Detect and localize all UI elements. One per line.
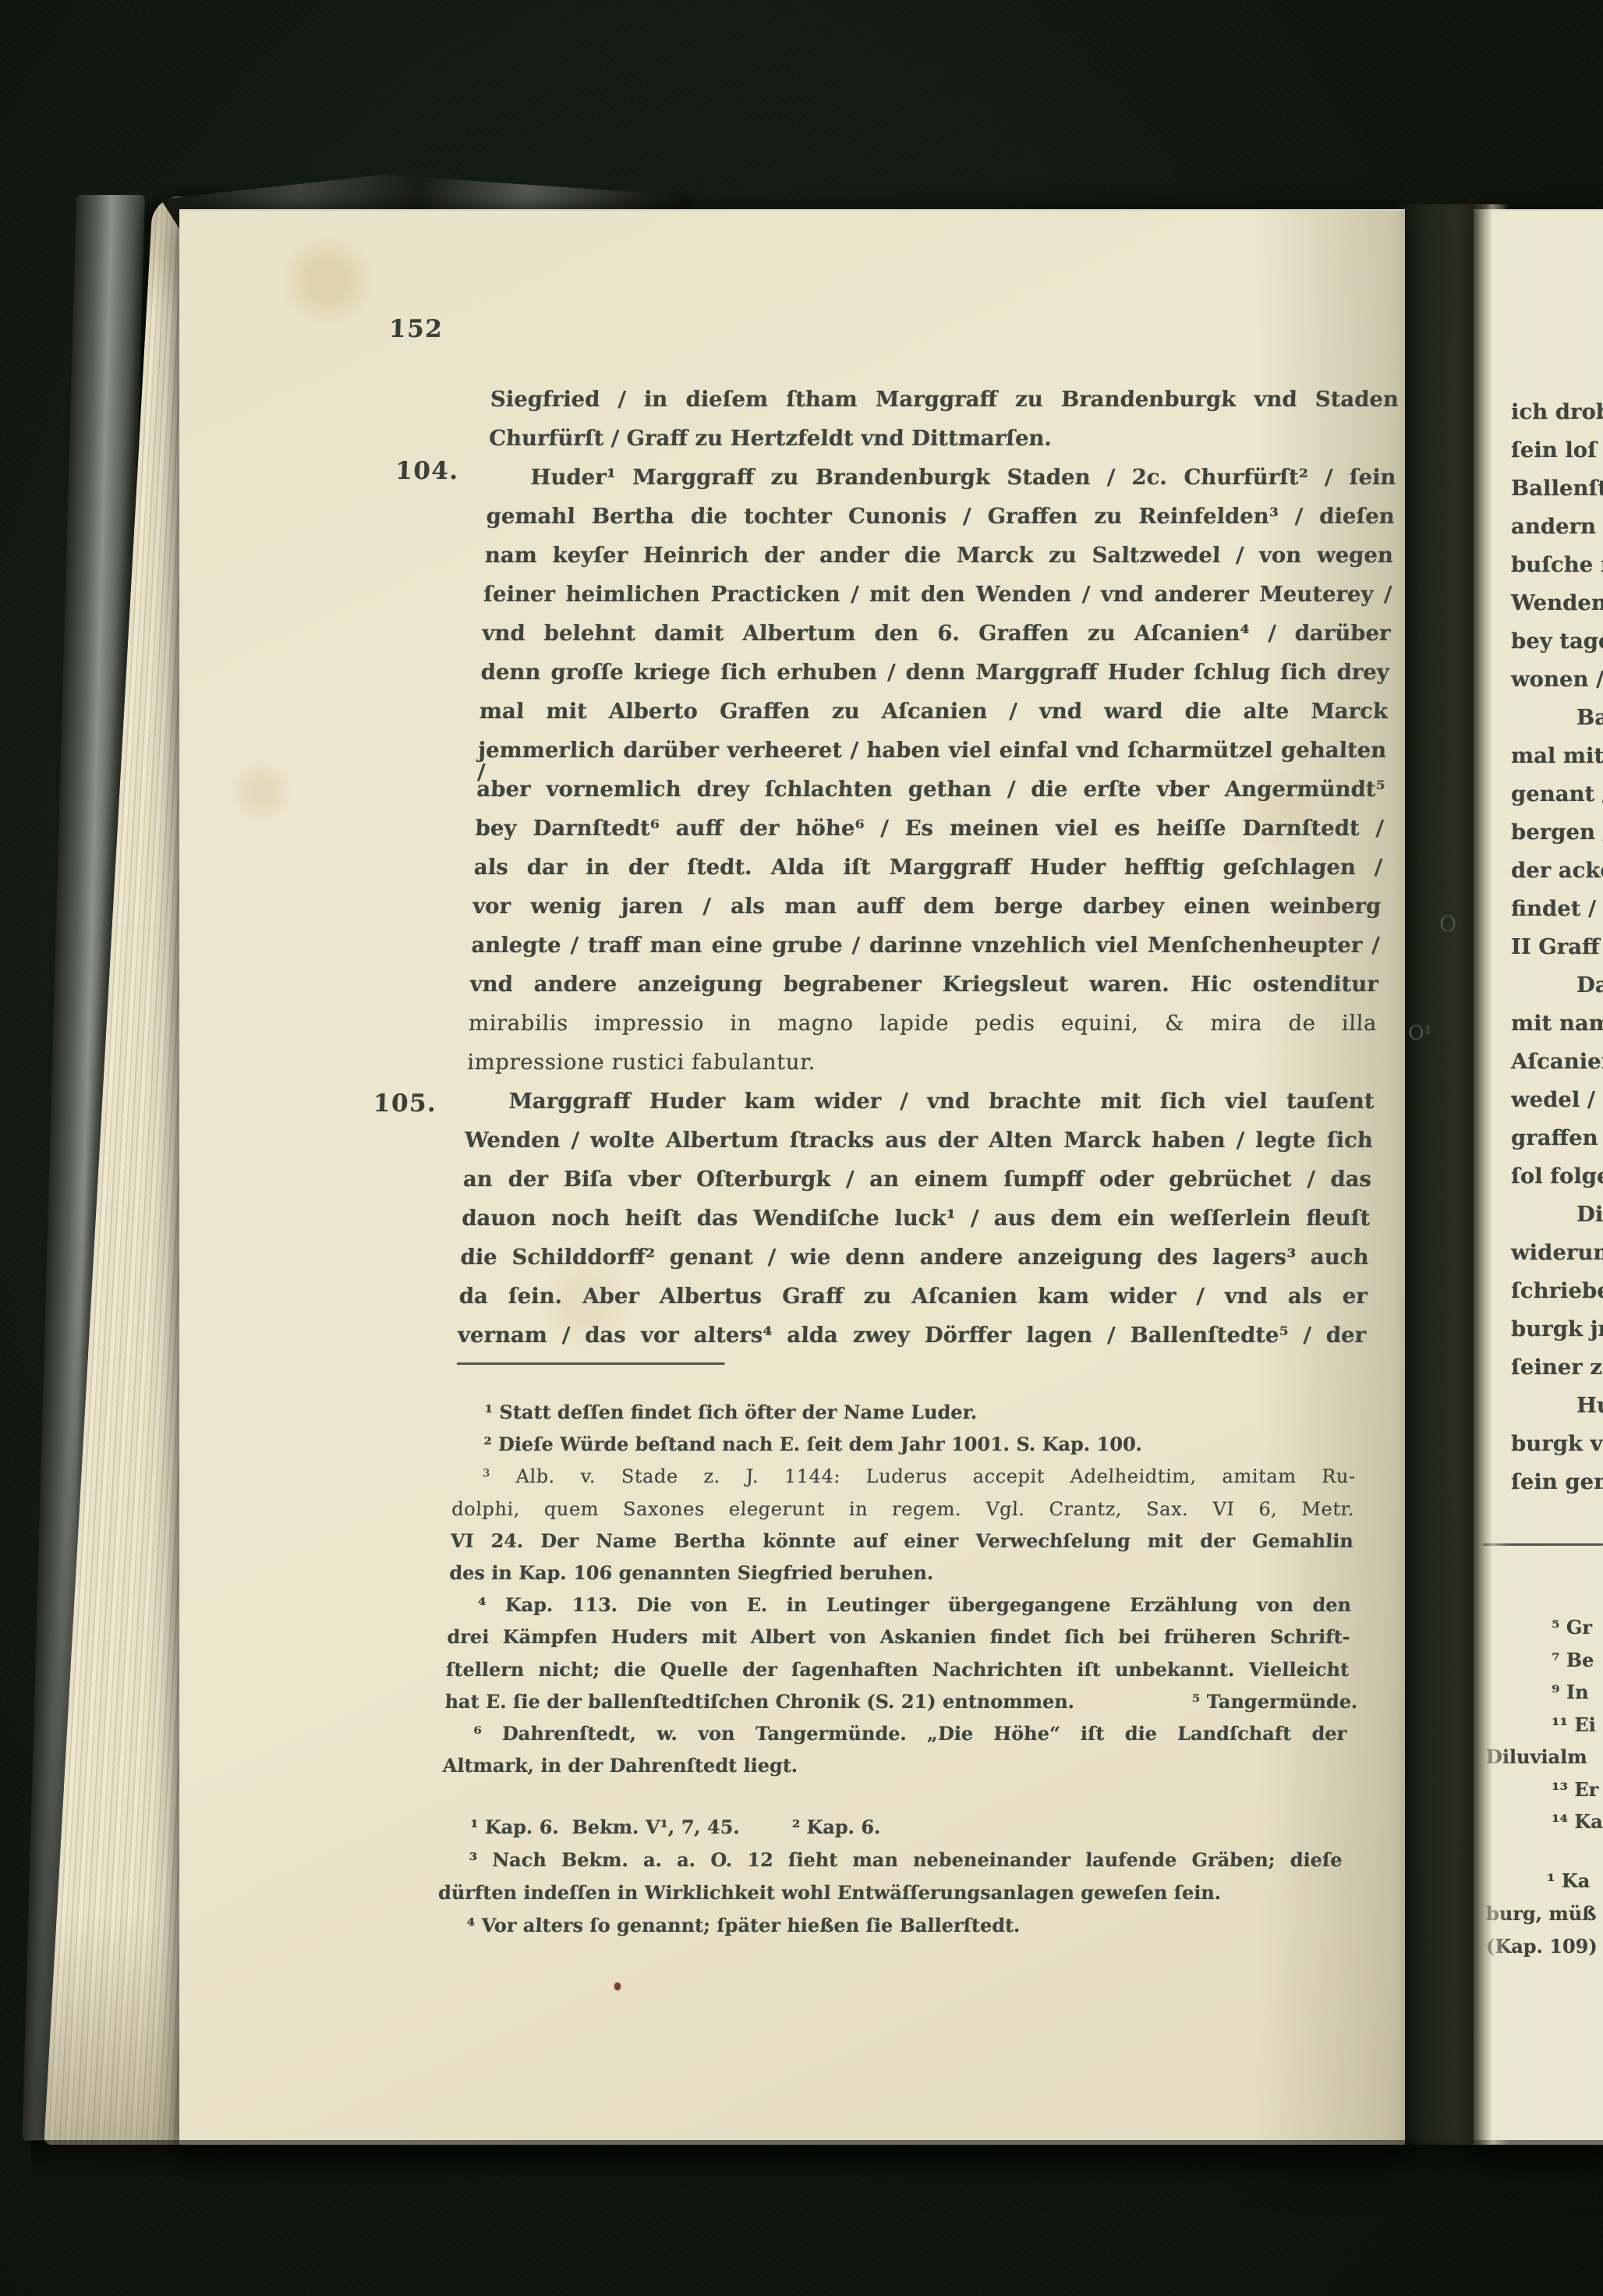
text-line: an der Biſa vber Oſterburgk / an einem ſ… [463, 1169, 1372, 1191]
text-line: mal mit Alberto Graffen zu Aſcanien / vn… [479, 701, 1388, 723]
text-line: Altmark, in der Dahrenſtedt liegt. [442, 1756, 1346, 1775]
text-line: bey tage [1511, 631, 1603, 653]
left-page-text-block: 152 104. 105. Siegfried / in dieſem ſtha… [118, 211, 1411, 2145]
text-line: dolphi, quem Saxones elegerunt in regem.… [451, 1500, 1355, 1518]
text-line: mit nam [1511, 1013, 1603, 1035]
text-line: ſtellern nicht; die Quelle der ſagenhaft… [446, 1660, 1350, 1679]
text-line: Wenden / wolte Albertum ſtracks aus der … [464, 1130, 1373, 1152]
text-line: wedel / [1511, 1090, 1603, 1111]
page-number: 152 [388, 315, 464, 343]
text-line: ich drob [1511, 402, 1603, 423]
text-line: II Graff A [1511, 937, 1603, 958]
signature-mark-left-page: O¹ [1408, 1022, 1432, 1044]
text-line: ² Dieſe Würde beſtand nach E. ſeit dem J… [454, 1435, 1357, 1454]
text-line: als dar in der ſtedt. Alda iſt Marggraff… [473, 857, 1382, 879]
text-line: ¹ Kap. 6. Bekm. V¹, 7, 45. ² Kap. 6. [441, 1818, 1344, 1837]
text-line: der acke [1511, 860, 1603, 882]
text-line: die Schilddorff² genant / wie denn ander… [460, 1247, 1369, 1269]
text-line: ⁴ Vor alters ſo genannt; ſpäter hießen ſ… [437, 1916, 1340, 1935]
text-line: dauon noch heiſt das Wendiſche luck¹ / a… [462, 1208, 1371, 1230]
book-photo: { "colors": { "backdrop": "#121a12", "pa… [0, 0, 1603, 2296]
text-line: aber vornemlich drey ſchlachten gethan /… [476, 779, 1385, 801]
text-line: burgk vnd [1511, 1433, 1603, 1455]
footnote-separator-rule [457, 1362, 725, 1365]
text-line: widerumb [1511, 1242, 1603, 1264]
signature-mark-right-page: O [1439, 912, 1456, 937]
left-page: 152 104. 105. Siegfried / in dieſem ſtha… [179, 209, 1405, 2145]
text-line: graffen [1511, 1128, 1603, 1150]
text-line: Da [1511, 975, 1603, 997]
text-line: drei Kämpfen Huders mit Albert von Askan… [447, 1628, 1350, 1646]
text-line: ³ Nach Bekm. a. a. O. 12 ſieht man neben… [439, 1851, 1343, 1869]
text-line: bey Darnſtedt⁶ auff der höhe⁶ / Es meine… [475, 818, 1384, 840]
text-line: ¹ Ka [1486, 1872, 1603, 1890]
text-line: ¹¹ Ei [1486, 1716, 1603, 1734]
text-line: Wenden [1511, 593, 1603, 615]
text-line: Aſcanien [1511, 1051, 1603, 1073]
text-line: Ballenſt [1511, 478, 1603, 500]
text-line: ſein gema [1511, 1472, 1603, 1493]
text-line: vernam / das vor alters⁴ alda zwey Dörff… [458, 1325, 1367, 1347]
text-line: ſeiner zei [1511, 1357, 1603, 1379]
section-number-104: 104. [380, 457, 459, 485]
ink-speck [614, 1982, 621, 1990]
text-line: (Kap. 109) [1486, 1937, 1603, 1956]
text-line: ⁹ In [1486, 1683, 1603, 1702]
text-line: ſchriebe G [1511, 1281, 1603, 1302]
text-line: denn groſſe kriege ſich erhuben / denn M… [480, 662, 1389, 684]
text-line: ſol folge [1511, 1166, 1603, 1188]
text-line: ¹⁴ Ka [1486, 1812, 1603, 1831]
right-page: ich drobſein loſBallenſtandernbuſche mWe… [1474, 209, 1603, 2145]
text-line: da ſein. Aber Albertus Graff zu Aſcanien… [458, 1286, 1368, 1308]
text-line: Huder¹ Marggraff zu Brandenburgk Staden … [487, 467, 1396, 489]
right-footnote-separator-rule [1483, 1543, 1603, 1546]
text-line: ¹ Statt deſſen findet ſich öfter der Nam… [455, 1403, 1358, 1422]
text-line: ſein loſ [1511, 440, 1603, 462]
text-line: genant / [1511, 784, 1603, 806]
book-drop-shadow [31, 2140, 1603, 2181]
text-line: burgk jn [1511, 1319, 1603, 1341]
text-line: findet / 2 [1511, 898, 1603, 920]
text-line: Siegfried / in dieſem ſtham Marggraff zu… [490, 389, 1399, 411]
text-line: burg, müß [1486, 1904, 1603, 1923]
text-line: ⁵ Gr [1486, 1618, 1603, 1637]
text-line: vnd belehnt damit Albertum den 6. Graffe… [482, 623, 1391, 645]
text-line: dürften indeſſen in Wirklichkeit wohl En… [438, 1883, 1342, 1902]
text-line: buſche m [1511, 555, 1603, 576]
text-line: Churfürſt / Graff zu Hertzfeldt vnd Ditt… [489, 428, 1398, 450]
text-line: bergen / [1511, 822, 1603, 844]
text-line: ⁶ Dahrenſtedt, w. von Tangermünde. „Die … [444, 1724, 1347, 1743]
text-line: ⁷ Be [1486, 1651, 1603, 1670]
text-line: anlegte / traff man eine grube / darinne… [471, 935, 1380, 957]
text-line: hat E. ſie der ballenſtedtiſchen Chronik… [444, 1692, 1348, 1711]
text-line: mal mit [1511, 746, 1603, 767]
text-line: vor wenig jaren / als man auff dem berge… [472, 896, 1382, 918]
text-line: ſeiner heimlichen Practicken / mit den W… [483, 584, 1392, 606]
text-line: vnd andere anzeigung begrabener Kriegsle… [469, 974, 1378, 996]
text-line: des in Kap. 106 genannten Siegfried beru… [449, 1564, 1353, 1582]
text-line: wonen / [1511, 669, 1603, 691]
footnotes-lower-block: ¹ Kap. 6. Bekm. V¹, 7, 45. ² Kap. 6.³ Na… [497, 211, 1400, 218]
text-line: Diluvialm [1486, 1748, 1603, 1766]
text-line: impressione rustici fabulantur. [467, 1052, 1376, 1074]
text-line: Ba [1511, 707, 1603, 729]
section-number-105: 105. [359, 1090, 437, 1118]
text-line: VI 24. Der Name Bertha könnte auf einer … [450, 1532, 1354, 1550]
text-line: Die [1511, 1204, 1603, 1226]
text-line: ¹³ Er [1486, 1780, 1603, 1799]
text-line: ⁴ Kap. 113. Die von E. in Leutinger über… [448, 1596, 1352, 1614]
text-line: mirabilis impressio in magno lapide pedi… [469, 1013, 1378, 1035]
right-page-footnotes-lower: ¹ Kaburg, müß(Kap. 109) [1486, 211, 1603, 218]
text-line: gemahl Bertha die tochter Cunonis / Graf… [486, 506, 1395, 528]
text-line: Marggraff Huder kam wider / vnd brachte … [465, 1091, 1375, 1113]
text-line: Hud [1511, 1395, 1603, 1417]
text-line: andern [1511, 516, 1603, 538]
text-line: nam keyſer Heinrich der ander die Marck … [484, 545, 1393, 567]
text-line: ³ Alb. v. Stade z. J. 1144: Luderus acce… [452, 1467, 1356, 1486]
